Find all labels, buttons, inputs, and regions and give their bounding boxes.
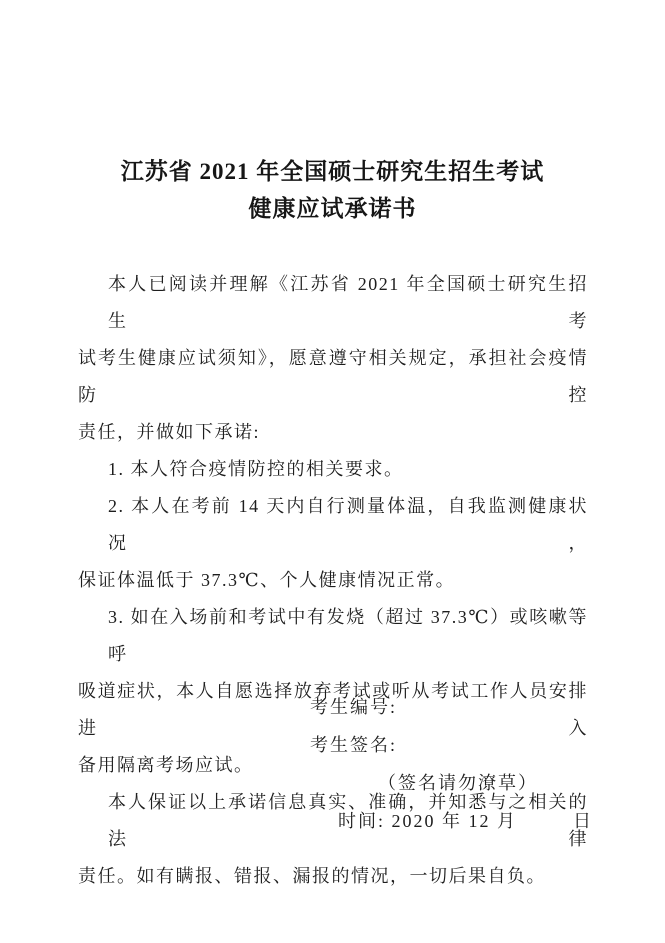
document-page: 江苏省 2021 年全国硕士研究生招生考试 健康应试承诺书 本人已阅读并理解《江… [0,0,665,943]
document-title-line-1: 江苏省 2021 年全国硕士研究生招生考试 [0,153,665,190]
body-line: 试考生健康应试须知》，愿意遵守相关规定，承担社会疫情防控 [78,340,588,414]
body-line: 保证体温低于 37.3℃、个人健康情况正常。 [78,562,588,599]
body-line-item-2: 2. 本人在考前 14 天内自行测量体温，自我监测健康状况， [78,488,588,562]
signature-note: （签名请勿潦草） [378,764,665,802]
day-label: 日 [573,811,593,831]
body-line-item-3: 3. 如在入场前和考试中有发烧（超过 37.3℃）或咳嗽等呼 [78,599,588,673]
date-line: 时间: 2020 年 12 月日 [338,802,665,840]
candidate-signature-label: 考生签名: [310,726,665,764]
candidate-number-label: 考生编号: [310,688,665,726]
body-line: 责任。如有瞒报、错报、漏报的情况，一切后果自负。 [78,858,588,895]
date-label: 时间: 2020 年 12 月 [338,811,517,831]
body-line: 本人已阅读并理解《江苏省 2021 年全国硕士研究生招生考 [78,266,588,340]
document-title-line-2: 健康应试承诺书 [0,190,665,227]
body-line-item-1: 1. 本人符合疫情防控的相关要求。 [78,451,588,488]
body-line: 责任，并做如下承诺: [78,414,588,451]
signature-block: 考生编号: 考生签名: （签名请勿潦草） 时间: 2020 年 12 月日 [0,688,665,840]
document-title: 江苏省 2021 年全国硕士研究生招生考试 健康应试承诺书 [0,153,665,227]
